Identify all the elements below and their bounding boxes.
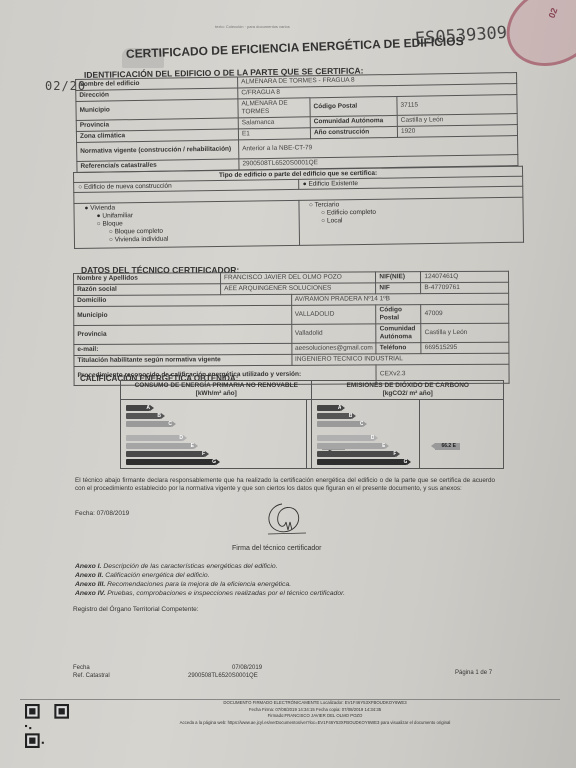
footer-date-label: Fecha [73,665,90,671]
consumption-unit: [kWh/m² año] [123,390,309,398]
tech-province-value: Valladolid [291,324,376,343]
e-sign-verify-link[interactable]: Acceda a la página web: https://www.ae.j… [120,720,510,727]
rating-bar-e: E [126,443,194,449]
tech-name-label: Nombre y Apellidos [74,273,221,285]
tertiary-option: Terciario [315,201,340,208]
rating-bar-g: G [126,459,216,465]
consumption-header: CONSUMO DE ENERGÍA PRIMARIA NO RENOVABLE [123,382,309,390]
municipality-label: Municipio [76,99,238,121]
rating-bar-b: B [126,413,161,419]
single-family-option: Unifamiliar [102,212,133,219]
rating-bar-e: E [317,443,385,449]
rating-bar-d: D [126,435,183,441]
rating-bar-c: C [317,421,363,427]
declaration-date: Fecha: 07/08/2019 [75,510,129,517]
footer-ref-value: 2900508TL6520S0001QE [188,673,258,679]
tech-municipality-value: VALLADOLID [291,305,376,324]
registry-label: Registro del Órgano Territorial Competen… [73,606,199,613]
municipality-value: ALMENARA DE TORMES [238,98,310,118]
annex-list: Anexo I. Descripción de las característi… [75,562,345,598]
rating-bar-b: B [317,413,352,419]
tech-nifnie-value: 12407461Q [421,271,509,282]
existing-building-option: Edificio Existente [308,180,358,188]
rating-bar-a: A [317,405,341,411]
tech-community-value: Castilla y León [421,323,509,342]
technician-table: Nombre y ApellidosFRANCISCO JAVIER DEL O… [73,271,510,386]
page-number: Página 1 de 7 [455,670,492,676]
rating-bar-d: D [317,435,374,441]
emissions-scale: ABCDEFG [313,401,418,467]
annex-item: Anexo II. Calificación energética del ed… [75,571,345,580]
emissions-result-tag: 66.2 E [435,443,459,450]
emissions-unit: [kgCO2/ m² año] [314,390,501,398]
postal-code-label: Código Postal [310,96,397,116]
building-type-section: Tipo de edificio o parte del edificio qu… [73,166,524,249]
block-option: Bloque [102,220,122,227]
phone-value: 669515295 [421,342,509,353]
declaration-text: El técnico abajo firmante declara respon… [75,477,495,493]
tech-postal-code-value: 47009 [421,304,509,323]
signature-image [262,500,310,538]
company-value: AEE ARQUINGENER SOLUCIONES [221,283,376,295]
tech-postal-code-label: Código Postal [376,305,421,324]
email-value: aeesoluciones@gmail.com [291,343,376,354]
annex-item: Anexo III. Recomendaciones para la mejor… [75,580,345,589]
rating-bar-f: F [126,451,205,457]
premises-option: Local [327,217,343,224]
consumption-scale: ABCDEFG [122,401,305,467]
tech-nifnie-label: NIF(NIE) [376,272,421,283]
signature-caption: Firma del técnico certificador [232,545,321,552]
identification-table: Nombre del edificioALMENARA DE TORMES - … [75,72,518,173]
company-nif-value: B-47709761 [421,282,509,293]
side-stamp-date: 02/20 [45,79,86,93]
complete-building-option: Edificio completo [327,209,376,217]
certificate-page: texto: Colección · para documentos vario… [0,0,576,768]
tech-name-value: FRANCISCO JAVIER DEL OLMO POZO [221,272,376,284]
postal-code-value: 37115 [397,95,517,116]
housing-option: Vivienda [90,204,115,211]
phone-label: Teléfono [376,343,421,354]
tech-province-label: Provincia [74,324,292,344]
footer-ref-label: Ref. Catastral [73,673,110,679]
annex-item: Anexo IV. Pruebas, comprobaciones e insp… [75,589,345,598]
regulation-label: Normativa vigente (construcción / rehabi… [77,140,239,162]
footer-date-value: 07/08/2019 [232,665,262,671]
complete-block-option: Bloque completo [115,228,164,236]
rating-table: CONSUMO DE ENERGÍA PRIMARIA NO RENOVABLE… [120,380,504,469]
qr-code[interactable] [25,704,69,748]
emissions-header: EMISIONES DE DIÓXIDO DE CARBONO [314,382,501,390]
tech-municipality-label: Municipio [74,305,292,325]
rating-bar-g: G [317,459,407,465]
rating-bar-a: A [126,405,150,411]
new-construction-option: Edificio de nueva construcción [84,183,172,191]
annex-item: Anexo I. Descripción de las característi… [75,562,345,571]
individual-dwelling-option: Vivienda individual [115,236,169,244]
rating-bar-c: C [126,421,172,427]
company-label: Razón social [74,284,221,296]
electronic-signature-block: DOCUMENTO FIRMADO ELECTRÓNICAMENTE Local… [120,700,510,726]
tech-community-label: Comunidad Autónoma [376,324,421,343]
rating-bar-f: F [317,451,396,457]
company-nif-label: NIF [376,283,421,294]
